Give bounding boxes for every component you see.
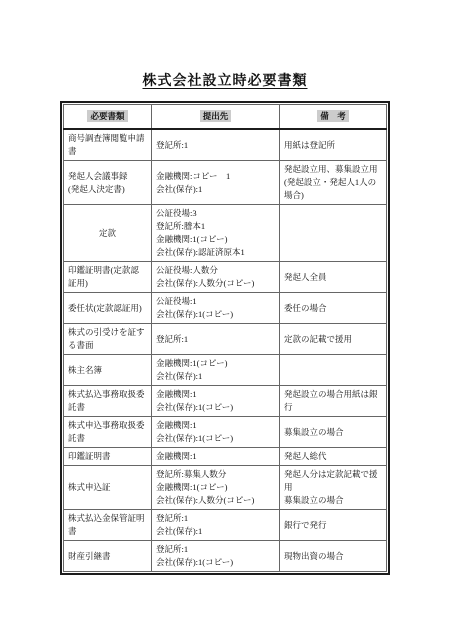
dest-cell: 登記所:1 会社(保存):1 — [152, 510, 280, 541]
note-cell — [280, 205, 387, 262]
doc-cell: 発起人会議事録 (発起人決定書) — [64, 161, 152, 205]
dest-cell: 金融機関:コピー 1 会社(保存):1 — [152, 161, 280, 205]
table-row: 発起人会議事録 (発起人決定書) 金融機関:コピー 1 会社(保存):1 発起設… — [64, 161, 387, 205]
note-cell: 募集設立の場合 — [280, 417, 387, 448]
note-cell: 発起設立の場合用紙は銀行 — [280, 386, 387, 417]
doc-cell: 株式申込事務取扱委託書 — [64, 417, 152, 448]
required-documents-table: 必要書類 提出先 備 考 商号調査簿閲覧申請書 登記所:1 用紙は登記所 発起人… — [60, 101, 390, 575]
doc-cell: 株式払込金保管証明書 — [64, 510, 152, 541]
table-row: 株主名簿 金融機関:1(コピー) 会社(保存):1 — [64, 355, 387, 386]
table-row: 印鑑証明書(定款認証用) 公証役場:人数分 会社(保存):人数分(コピー) 発起… — [64, 262, 387, 293]
dest-cell: 公証役場:人数分 会社(保存):人数分(コピー) — [152, 262, 280, 293]
table-row: 株式払込事務取扱委託書 金融機関:1 会社(保存):1(コピー) 発起設立の場合… — [64, 386, 387, 417]
header-label: 備 考 — [317, 110, 349, 122]
table-row: 定款 公証役場:3 登記所:謄本1 金融機関:1(コピー) 会社(保存):認証済… — [64, 205, 387, 262]
col-header-remarks: 備 考 — [280, 105, 387, 130]
note-cell: 発起設立用、募集設立用 (発起設立・発起人1人の場合) — [280, 161, 387, 205]
dest-cell: 公証役場:1 会社(保存):1(コピー) — [152, 293, 280, 324]
note-cell: 現物出資の場合 — [280, 541, 387, 572]
note-cell: 委任の場合 — [280, 293, 387, 324]
table-row: 株式申込事務取扱委託書 金融機関:1 会社(保存):1(コピー) 募集設立の場合 — [64, 417, 387, 448]
table-row: 印鑑証明書 金融機関:1 発起人総代 — [64, 448, 387, 466]
page-title: 株式会社設立時必要書類 — [0, 70, 450, 90]
table-row: 株式の引受けを証する書面 登記所:1 定款の記載で援用 — [64, 324, 387, 355]
note-cell: 用紙は登記所 — [280, 129, 387, 161]
doc-cell: 商号調査簿閲覧申請書 — [64, 129, 152, 161]
dest-cell: 登記所:1 — [152, 324, 280, 355]
table-row: 株式払込金保管証明書 登記所:1 会社(保存):1 銀行で発行 — [64, 510, 387, 541]
doc-cell: 株式の引受けを証する書面 — [64, 324, 152, 355]
dest-cell: 金融機関:1(コピー) 会社(保存):1 — [152, 355, 280, 386]
document-page: 株式会社設立時必要書類 必要書類 提出先 備 考 商号調査簿閲覧申請書 登記所:… — [0, 0, 450, 636]
col-header-required-doc: 必要書類 — [64, 105, 152, 130]
dest-cell: 公証役場:3 登記所:謄本1 金融機関:1(コピー) 会社(保存):認証済原本1 — [152, 205, 280, 262]
note-cell: 発起人総代 — [280, 448, 387, 466]
dest-cell: 登記所:募集人数分 金融機関:1(コピー) 会社(保存):人数分(コピー) — [152, 466, 280, 510]
note-cell: 定款の記載で援用 — [280, 324, 387, 355]
table-row: 商号調査簿閲覧申請書 登記所:1 用紙は登記所 — [64, 129, 387, 161]
doc-cell: 株主名簿 — [64, 355, 152, 386]
doc-cell: 株式払込事務取扱委託書 — [64, 386, 152, 417]
doc-cell: 委任状(定款認証用) — [64, 293, 152, 324]
dest-cell: 金融機関:1 — [152, 448, 280, 466]
doc-cell: 定款 — [64, 205, 152, 262]
doc-cell: 株式申込証 — [64, 466, 152, 510]
header-row: 必要書類 提出先 備 考 — [64, 105, 387, 130]
dest-cell: 登記所:1 — [152, 129, 280, 161]
note-cell: 発起人全員 — [280, 262, 387, 293]
note-cell — [280, 355, 387, 386]
table-row: 株式申込証 登記所:募集人数分 金融機関:1(コピー) 会社(保存):人数分(コ… — [64, 466, 387, 510]
table-row: 財産引継書 登記所:1 会社(保存):1(コピー) 現物出資の場合 — [64, 541, 387, 572]
header-label: 提出先 — [200, 110, 232, 122]
dest-cell: 金融機関:1 会社(保存):1(コピー) — [152, 386, 280, 417]
header-label: 必要書類 — [87, 110, 127, 122]
doc-cell: 印鑑証明書(定款認証用) — [64, 262, 152, 293]
table: 必要書類 提出先 備 考 商号調査簿閲覧申請書 登記所:1 用紙は登記所 発起人… — [63, 104, 387, 572]
dest-cell: 金融機関:1 会社(保存):1(コピー) — [152, 417, 280, 448]
doc-cell: 財産引継書 — [64, 541, 152, 572]
note-cell: 銀行で発行 — [280, 510, 387, 541]
doc-cell: 印鑑証明書 — [64, 448, 152, 466]
table-row: 委任状(定款認証用) 公証役場:1 会社(保存):1(コピー) 委任の場合 — [64, 293, 387, 324]
dest-cell: 登記所:1 会社(保存):1(コピー) — [152, 541, 280, 572]
col-header-destination: 提出先 — [152, 105, 280, 130]
note-cell: 発起人分は定款記載で援用 募集設立の場合 — [280, 466, 387, 510]
